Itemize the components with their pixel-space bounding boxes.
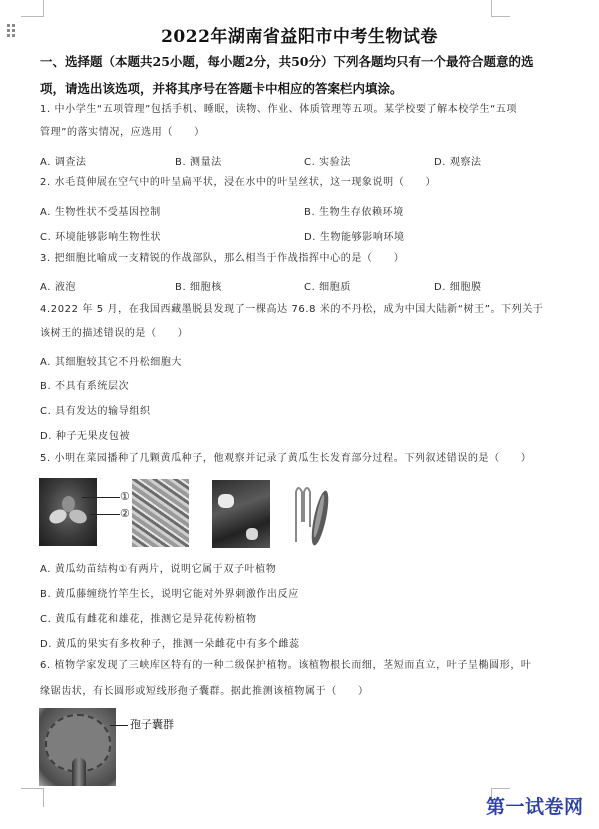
question-stem: 管理”的落实情况，应选用（ ）	[40, 126, 205, 140]
option-d[interactable]: D. 黄瓜的果实有多枚种子，推测一朵雌花中有多个雌蕊	[40, 635, 300, 650]
option-d[interactable]: D. 观察法	[434, 153, 482, 168]
option-c[interactable]: C. 细胞质	[304, 278, 351, 293]
option-d[interactable]: D. 细胞膜	[434, 278, 482, 293]
spore-callout-line	[110, 725, 128, 726]
option-c[interactable]: C. 具有发达的输导组织	[40, 402, 151, 417]
option-d[interactable]: D. 生物能够影响环境	[304, 228, 405, 243]
option-d[interactable]: D. 种子无果皮包被	[40, 427, 130, 442]
cucumber-flowers-image	[212, 480, 270, 548]
option-c[interactable]: C. 环境能够影响生物性状	[40, 228, 161, 243]
question-stem: 1. 中小学生“五项管理”包括手机、睡眠，读物、作业、体质管理等五项。某学校要了…	[40, 103, 517, 117]
option-a[interactable]: A. 生物性状不受基因控制	[40, 203, 161, 218]
question-stem: 6. 植物学家发现了三峡库区特有的一种二级保护植物。该植物根长而细，茎短而直立，…	[40, 659, 532, 673]
question-stem: 5. 小明在菜园播种了几颗黄瓜种子，他观察并记录了黄瓜生长发育部分过程。下列叙述…	[40, 452, 532, 466]
cucumber-vines-image	[132, 479, 189, 547]
corner-mark-top-left	[21, 0, 44, 17]
callout-line-1	[82, 497, 120, 498]
question-stem: 3. 把细胞比喻成一支精锐的作战部队，那么相当于作战指挥中心的是（ ）	[40, 252, 404, 266]
option-b[interactable]: B. 测量法	[175, 153, 222, 168]
cucumber-fruit-image	[290, 482, 330, 550]
option-b[interactable]: B. 黄瓜藤缠绕竹竿生长，说明它能对外界刺激作出反应	[40, 585, 299, 600]
question-stem: 该树王的描述错误的是（ ）	[40, 327, 188, 341]
option-a[interactable]: A. 黄瓜幼苗结构①有两片，说明它属于双子叶植物	[40, 560, 276, 575]
cucumber-seedling-image	[39, 478, 97, 546]
spore-cluster-label: 孢子囊群	[130, 716, 174, 732]
option-a[interactable]: A. 其细胞较其它不丹松细胞大	[40, 353, 182, 368]
label-2: ②	[120, 507, 130, 520]
option-a[interactable]: A. 液泡	[40, 278, 76, 293]
corner-mark-top-right	[491, 0, 510, 17]
section-header-line-2: 项，请选出该选项，并将其序号在答题卡中相应的答案栏内填涂。	[40, 79, 403, 97]
option-a[interactable]: A. 调查法	[40, 153, 87, 168]
option-c[interactable]: C. 实验法	[304, 153, 351, 168]
section-header-line-1: 一、选择题（本题共25小题，每小题2分，共50分）下列各题均只有一个最符合题意的…	[40, 52, 534, 70]
fern-frond-image	[39, 708, 116, 786]
site-watermark: 第一试卷网	[486, 792, 584, 819]
option-c[interactable]: C. 黄瓜有雌花和雄花，推测它是异花传粉植物	[40, 610, 257, 625]
corner-mark-bottom-left	[21, 788, 44, 807]
option-b[interactable]: B. 细胞核	[175, 278, 222, 293]
option-b[interactable]: B. 生物生存依赖环境	[304, 203, 404, 218]
page-title: 2022年湖南省益阳市中考生物试卷	[0, 22, 599, 47]
question-stem: 2. 水毛茛伸展在空气中的叶呈扁平状，浸在水中的叶呈丝状，这一现象说明（ ）	[40, 176, 436, 190]
question-stem: 缘锯齿状，有长圆形或短线形孢子囊群。据此推测该植物属于（ ）	[40, 685, 369, 699]
question-stem: 4.2022 年 5 月，在我国西藏墨脱县发现了一棵高达 76.8 米的不丹松，…	[40, 303, 543, 317]
callout-line-2	[90, 514, 120, 515]
label-1: ①	[120, 490, 130, 503]
option-b[interactable]: B. 不具有系统层次	[40, 377, 129, 392]
